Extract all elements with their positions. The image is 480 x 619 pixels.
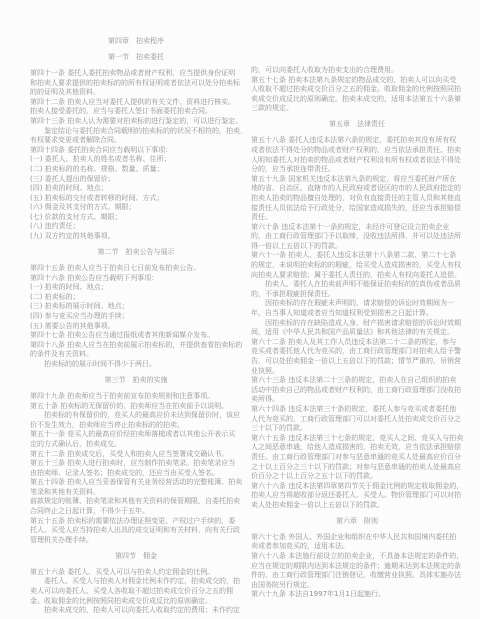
column-right: 的，可以向委托人收取为拍卖支出的合理费用。第五十七条 拍卖本法第九条规定的物品成…	[251, 37, 463, 616]
text-line: 人之间恶意串通，给他人造成损害的，拍卖无效，应当依法承担赔偿	[251, 443, 463, 453]
text-line: 第六十六条 违反本法第四章第四节关于佣金比例的规定收取佣金的，	[251, 482, 463, 492]
text-line: 和拍卖人要求提供的拍卖标的的所有权证明或者依法可以处分拍卖标	[30, 79, 242, 89]
text-line: 地的省、自治区、直辖市的人民政府或者设区的市的人民政府指定的	[251, 184, 463, 194]
section-heading: 第二节 拍卖公告与展示	[30, 248, 242, 258]
text-line: 第六十二条 拍卖人及其工作人员违反本法第二十二条的规定，参与	[251, 338, 463, 348]
text-line: 拍卖人、委托人在拍卖前声明不能保证拍卖标的的真伪或者品质	[251, 280, 463, 290]
text-line: 三十以下的罚款。	[251, 424, 463, 434]
text-line: 第四十七条 拍卖公告应当通过报纸或者其他新闻媒介发布。	[30, 331, 242, 341]
text-line: 金。收取佣金的比例按照同拍卖成交价成反比的原则确定。	[30, 597, 242, 607]
text-line: 第六十七条 外国人、外国企业和组织在中华人民共和国境内委托拍	[251, 533, 463, 543]
text-line: 拍卖人接受委托的，应当与委托人签订书面委托拍卖合同。	[30, 107, 242, 117]
text-line: 第五十八条 委托人违反本法第六条的规定，委托拍卖其没有所有权	[251, 136, 463, 146]
text-line: 委托人、买受人与拍卖人对佣金比例未作约定，拍卖成交的，拍	[30, 577, 242, 587]
text-line: 卖人可以向委托人、买受人各收取不超过拍卖成交价百分之五的佣	[30, 587, 242, 597]
text-line: 责任。	[251, 213, 463, 223]
text-line: 拍卖未成交的，拍卖人可以向委托人收取约定的费用；未作约定	[30, 606, 242, 616]
column-left: 第四章 拍卖程序第一节 拍卖委托第四十一条 委托人委托拍卖物品或者财产权利，应当…	[30, 37, 242, 616]
text-line: 人代为竞买的，工商行政管理部门可以对委托人处拍卖成交价百分之	[251, 415, 463, 425]
text-line: 三款的规定。	[251, 104, 463, 114]
text-line: 第五十九条 国家机关违反本法第九条的规定，将应当委托财产所在	[251, 175, 463, 185]
text-line: (九) 双方约定的其他事项。	[30, 232, 242, 242]
text-line: 第四十二条 拍卖人应当对委托人提供的有关文件、资料进行核实。	[30, 98, 242, 108]
text-line: 鉴定结论与委托拍卖合同载明的拍卖标的的状况不相符的，拍卖人	[30, 127, 242, 137]
text-line: (二) 拍卖标的的名称、规格、数量、质量；	[30, 165, 242, 175]
text-line: 价不发生效力，拍卖师应当停止拍卖标的的拍卖。	[30, 421, 242, 431]
text-line: 业执照。	[251, 367, 463, 377]
text-line: 应当在规定的期限内达到本法规定的条件；逾期未达到本法规定的条	[251, 562, 463, 572]
text-line: 之十以上百分之三十以下的罚款；对参与恶意串通的拍卖人处最高应	[251, 463, 463, 473]
text-line: 活动中拍卖自己的物品或者财产权利的，由工商行政管理部门没收拍	[251, 386, 463, 396]
text-line: 卖所得。	[251, 395, 463, 405]
text-line: 的规定，未说明拍卖标的的瑕疵，给买受人造成损害的，买受人有权	[251, 261, 463, 271]
text-line: 第四十三条 拍卖人认为需要对拍卖标的进行鉴定的，可以进行鉴定。	[30, 117, 242, 127]
text-line: 由国务院另行规定。	[251, 581, 463, 591]
text-line: 前款规定的账簿、拍卖笔录和其他有关资料的保管期限，自委托拍卖	[30, 497, 242, 507]
text-line: (六) 佣金及其支付的方式、期限；	[30, 203, 242, 213]
text-line: 合同终止之日起计算，不得少于五年。	[30, 507, 242, 517]
text-line: 因拍卖标的存在瑕疵未声明的，请求赔偿的诉讼时效期间为一	[251, 299, 463, 309]
text-line: 第六十条 违反本法第十一条的规定，未经许可登记设立拍卖企业	[251, 223, 463, 233]
text-line: 因拍卖标的存在缺陷造成人身、财产损害请求赔偿的诉讼时效期	[251, 319, 463, 329]
text-line: 第五十条 拍卖标的无保留价的，拍卖师应当在拍卖前予以说明。	[30, 402, 242, 412]
text-line: 第五十五条 拍卖标的需要依法办理证照变更、产权过户手续的，委	[30, 517, 242, 527]
text-line: 的，由工商行政管理部门予以取缔，没收违法所得，并可以处违法所	[251, 232, 463, 242]
text-line: 或者依法不得处分的物品或者财产权利的，应当依法承担责任。拍卖	[251, 146, 463, 156]
text-line: 卖或者参加竞买的，适用本法。	[251, 542, 463, 552]
document-page: 第四章 拍卖程序第一节 拍卖委托第四十一条 委托人委托拍卖物品或者财产权利，应当…	[0, 0, 480, 619]
text-line: 第四十四条 委托拍卖合同应当载明以下事项：	[30, 146, 242, 156]
text-line: 第六十三条 违反本法第二十三条的规定，拍卖人在自己组织的拍卖	[251, 376, 463, 386]
text-line: 卖成交价成反比的原则确定。拍卖未成交的，适用本法第五十六条第	[251, 95, 463, 105]
text-line: 的的证明及其他资料。	[30, 88, 242, 98]
text-line: 由拍卖师、记录人签名；拍卖成交的，还应当由买受人签名。	[30, 469, 242, 479]
section-heading: 第三节 拍卖的实施	[30, 376, 242, 386]
text-line: 价百分之十以上百分之五十以下的罚款。	[251, 472, 463, 482]
section-heading: 第四节 佣金	[30, 552, 242, 562]
text-line: 的，可以向委托人收取为拍卖支出的合理费用。	[251, 66, 463, 76]
text-line: 笔录和其他有关资料。	[30, 488, 242, 498]
text-line: 卖人处拍卖佣金一倍以上五倍以下的罚款。	[251, 501, 463, 511]
text-line: 责任。由工商行政管理部门对参与恶意串通的竞买人处最高应价百分	[251, 453, 463, 463]
text-line: 第五十四条 拍卖人应当妥善保管有关业务经营活动的完整账簿、拍卖	[30, 478, 242, 488]
text-line: 第四十九条 拍卖师应当于拍卖前宣布拍卖规则和注意事项。	[30, 392, 242, 402]
text-line: 第五十一条 竞买人的最高应价经拍卖师落槌或者以其他公开表示买	[30, 430, 242, 440]
text-line: (五) 拍卖标的交付或者转移的时间、方式；	[30, 194, 242, 204]
text-line: (四) 拍卖的时间、地点；	[30, 184, 242, 194]
text-line: 第五十二条 拍卖成交后，买受人和拍卖人应当签署成交确认书。	[30, 450, 242, 460]
text-line: 年，自当事人知道或者应当知道权利受到损害之日起计算。	[251, 309, 463, 319]
text-line: 有权要求变更或者解除合同。	[30, 136, 242, 146]
text-line: 拍卖标的的展示时间不得少于两日。	[30, 360, 242, 370]
text-line: 件的，由工商行政管理部门注销登记，收缴营业执照。具体实施办法	[251, 571, 463, 581]
text-line: (四) 参与竞买应当办理的手续；	[30, 312, 242, 322]
text-line: 竞买或者委托他人代为竞买的，由工商行政管理部门对拍卖人给予警	[251, 347, 463, 357]
chapter-heading: 第五章 法律责任	[251, 120, 463, 130]
text-line: 第四十一条 委托人委托拍卖物品或者财产权利，应当提供身份证明	[30, 69, 242, 79]
two-column-text-layout: 第四章 拍卖程序第一节 拍卖委托第四十一条 委托人委托拍卖物品或者财产权利，应当…	[0, 0, 480, 616]
text-line: 得一倍以上五倍以下的罚款。	[251, 242, 463, 252]
text-line: 拍卖人拍卖的物品擅自处理的，对负有直接责任的主管人员和其他直	[251, 194, 463, 204]
text-line: 的，不承担瑕疵担保责任。	[251, 290, 463, 300]
text-line: 拍卖标的有保留价的，竞买人的最高应价未达到保留价时，该应	[30, 411, 242, 421]
text-line: 分的，应当承担连带责任。	[251, 165, 463, 175]
text-line: 人收取不超过拍卖成交价百分之五的佣金。收取佣金的比例按照同拍	[251, 85, 463, 95]
text-line: 第四十五条 拍卖人应当于拍卖日七日前发布拍卖公告。	[30, 264, 242, 274]
text-line: 拍卖人应当将超收部分返还委托人、买受人。物价管理部门可以对拍	[251, 491, 463, 501]
text-line: 接责任人员依法给予行政处分，给国家造成损失的，还应当承担赔偿	[251, 204, 463, 214]
text-line: 第五十七条 拍卖本法第九条规定的物品成交的，拍卖人可以向买受	[251, 76, 463, 86]
text-line: 管理机关办理手续。	[30, 536, 242, 546]
text-line: 第五十六条 委托人、买受人可以与拍卖人约定佣金的比例。	[30, 568, 242, 578]
chapter-heading: 第四章 拍卖程序	[30, 37, 242, 47]
text-line: (一) 委托人、拍卖人的姓名或者名称、住所；	[30, 155, 242, 165]
text-line: 托人、买受人应当持拍卖人出具的成交证明和有关材料，向有关行政	[30, 526, 242, 536]
text-line: 第六十五条 违反本法第三十七条的规定，竞买人之间、竞买人与拍卖	[251, 434, 463, 444]
text-line: 第六十九条 本法自1997年1月1日起施行。	[251, 590, 463, 600]
text-line: 向拍卖人要求赔偿；属于委托人责任的，拍卖人有权向委托人追偿。	[251, 271, 463, 281]
text-line: (一) 拍卖的时间、地点；	[30, 283, 242, 293]
text-line: 第六十一条 拍卖人、委托人违反本法第十八条第二款、第二十七条	[251, 251, 463, 261]
text-line: (三) 委托人提出的保留价；	[30, 175, 242, 185]
text-line: 第六十四条 违反本法第三十条的规定，委托人参与竞买或者委托他	[251, 405, 463, 415]
section-heading: 第一节 拍卖委托	[30, 53, 242, 63]
text-line: 间，适用《中华人民共和国产品质量法》和其他法律的有关规定。	[251, 328, 463, 338]
chapter-heading: 第六章 附则	[251, 517, 463, 527]
text-line: 的条件及有关资料。	[30, 350, 242, 360]
text-line: (八) 违约责任；	[30, 222, 242, 232]
text-line: (七) 价款的支付方式、期限；	[30, 213, 242, 223]
text-line: 第五十三条 拍卖人进行拍卖时，应当制作拍卖笔录。拍卖笔录应当	[30, 459, 242, 469]
text-line: (五) 需要公告的其他事项。	[30, 322, 242, 332]
text-line: 第四十八条 拍卖人应当在拍卖前展示拍卖标的，并提供查看拍卖标的	[30, 341, 242, 351]
text-line: 第六十八条 本法施行前设立的拍卖企业，不具备本法规定的条件的，	[251, 552, 463, 562]
text-line: 第四十六条 拍卖公告应当载明下列事项：	[30, 274, 242, 284]
text-line: 告，可以处拍卖佣金一倍以上五倍以下的罚款；情节严重的，吊销营	[251, 357, 463, 367]
text-line: 人明知委托人对拍卖的物品或者财产权利没有所有权或者依法不得处	[251, 156, 463, 166]
text-line: (二) 拍卖标的；	[30, 293, 242, 303]
text-line: (三) 拍卖标的展示时间、地点；	[30, 302, 242, 312]
text-line: 定的方式确认后，拍卖成交。	[30, 440, 242, 450]
